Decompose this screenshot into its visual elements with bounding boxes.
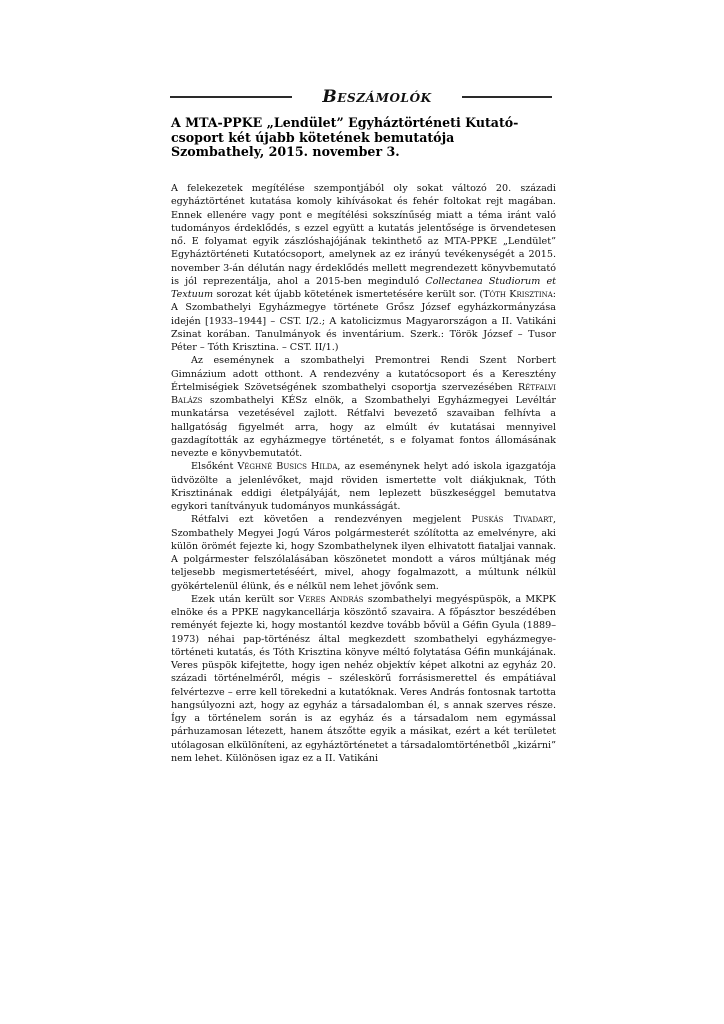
section-header: Beszámolók — [170, 86, 552, 108]
text-run: A felekezetek megítélése szempontjából o… — [171, 183, 556, 287]
document-page: Beszámolók A MTA-PPKE „Lendület” Egyházt… — [0, 0, 724, 1024]
person-name: Véghné Busics Hilda — [237, 461, 337, 472]
person-name: Puskás Tivadart — [471, 514, 553, 525]
text-run: Ezek után került sor — [191, 594, 298, 605]
paragraph-bishop: Ezek után került sor Veres András szomba… — [171, 593, 556, 765]
article-title-line: csoport két újabb kötetének bemutatója — [171, 131, 561, 146]
text-run: Elsőként — [191, 461, 237, 472]
text-run: szombathelyi megyéspüspök, a MKPK elnöke… — [171, 594, 556, 764]
article-title-line: A MTA-PPKE „Lendület” Egyháztörténeti Ku… — [171, 116, 561, 131]
text-run: , Szombathely Megyei Jogú Város polgárme… — [171, 514, 556, 591]
paragraph-intro: A felekezetek megítélése szempontjából o… — [171, 182, 556, 354]
header-rule-left — [170, 96, 292, 98]
author-name: Tóth Krisztina — [483, 289, 553, 300]
text-run: sorozat két újabb kötetének ismertetésér… — [213, 289, 483, 300]
section-title: Beszámolók — [322, 87, 431, 107]
text-run: Rétfalvi ezt követően a rendezvényen meg… — [191, 514, 471, 525]
text-run: Az eseménynek a szombathelyi Premontrei … — [171, 355, 556, 393]
text-run: szombathelyi KÉSz elnök, a Szombathelyi … — [171, 395, 556, 459]
paragraph-mayor: Rétfalvi ezt követően a rendezvényen meg… — [171, 513, 556, 593]
article-body: A felekezetek megítélése szempontjából o… — [171, 182, 556, 765]
paragraph-venue: Az eseménynek a szombathelyi Premontrei … — [171, 354, 556, 460]
header-rule-right — [462, 96, 552, 98]
article-title: A MTA-PPKE „Lendület” Egyháztörténeti Ku… — [171, 116, 561, 160]
person-name: Veres András — [298, 594, 363, 605]
paragraph-principal: Elsőként Véghné Busics Hilda, az esemény… — [171, 460, 556, 513]
article-title-line: Szombathely, 2015. november 3. — [171, 145, 561, 160]
